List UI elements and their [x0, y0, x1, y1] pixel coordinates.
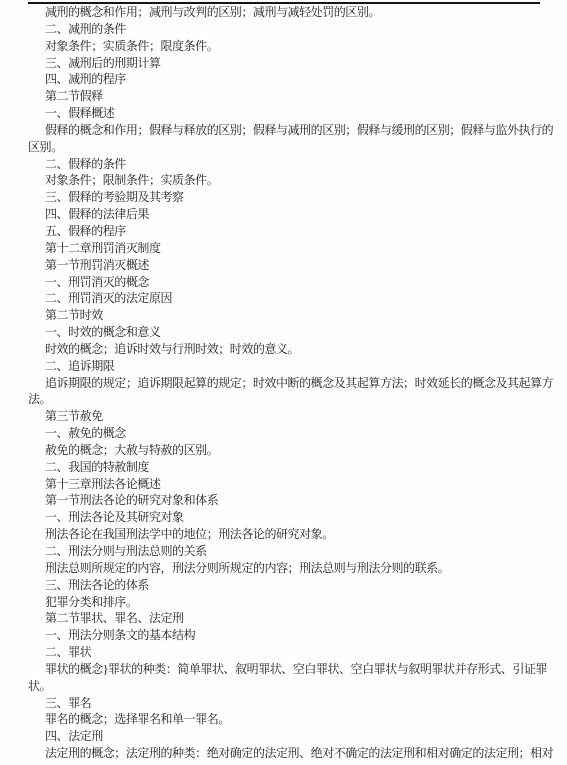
text-line: 二、减刑的条件	[28, 21, 558, 38]
text-line: 刑法总则所规定的内容，刑法分则所规定的内容；刑法总则与刑法分则的联系。	[28, 560, 558, 577]
text-line: 二、假释的条件	[28, 156, 558, 173]
text-line: 一、假释概述	[28, 105, 558, 122]
text-line: 一、时效的概念和意义	[28, 324, 558, 341]
text-line: 二、我国的特赦制度	[28, 459, 558, 476]
text-line: 一、赦免的概念	[28, 425, 558, 442]
text-line: 减刑的概念和作用；减刑与改判的区别；减刑与减轻处罚的区别。	[28, 4, 558, 21]
text-line: 假释的概念和作用；假释与释放的区别；假释与减刑的区别；假释与缓刑的区别；假释与监…	[28, 122, 558, 139]
text-line: 第三节赦免	[28, 408, 558, 425]
text-line: 第二节罪状、罪名、法定刑	[28, 610, 558, 627]
text-line: 一、刑罚消灭的概念	[28, 274, 558, 291]
text-line: 四、假释的法律后果	[28, 206, 558, 223]
text-line: 三、罪名	[28, 695, 558, 712]
text-line: 四、法定刑	[28, 728, 558, 745]
text-line: 五、假释的程序	[28, 223, 558, 240]
text-line: 法。	[28, 391, 558, 408]
text-line: 二、刑罚消灭的法定原因	[28, 290, 558, 307]
text-line: 法定刑的概念；法定刑的种类：绝对确定的法定刑、绝对不确定的法定刑和相对确定的法定…	[28, 745, 558, 762]
text-line: 第十二章刑罚消灭制度	[28, 240, 558, 257]
text-line: 赦免的概念；大赦与特赦的区别。	[28, 442, 558, 459]
text-line: 三、减刑后的刑期计算	[28, 55, 558, 72]
text-line: 罪状的概念}罪状的种类：简单罪状、叙明罪状、空白罪状、空白罪状与叙明罪状并存形式…	[28, 661, 558, 678]
text-line: 三、刑法各论的体系	[28, 577, 558, 594]
text-line: 三、假释的考验期及其考察	[28, 189, 558, 206]
text-line: 追诉期限的规定；追诉期限起算的规定；时效中断的概念及其起算方法；时效延长的概念及…	[28, 375, 558, 392]
text-line: 四、减刑的程序	[28, 71, 558, 88]
text-line: 区别。	[28, 139, 558, 156]
text-line: 罪名的概念；选择罪名和单一罪名。	[28, 711, 558, 728]
text-line: 第一节刑法各论的研究对象和体系	[28, 492, 558, 509]
text-line: 对象条件；限制条件；实质条件。	[28, 172, 558, 189]
text-line: 状。	[28, 678, 558, 695]
text-line: 第一节刑罚消灭概述	[28, 257, 558, 274]
text-line: 第十三章刑法各论概述	[28, 476, 558, 493]
text-line: 二、追诉期限	[28, 358, 558, 375]
text-line: 二、罪状	[28, 644, 558, 661]
text-line: 刑法各论在我国刑法学中的地位；刑法各论的研究对象。	[28, 526, 558, 543]
text-line: 二、刑法分则与刑法总则的关系	[28, 543, 558, 560]
document-page: 减刑的概念和作用；减刑与改判的区别；减刑与减轻处罚的区别。二、减刑的条件对象条件…	[0, 0, 567, 765]
text-line: 第二节假释	[28, 88, 558, 105]
text-line: 对象条件；实质条件；限度条件。	[28, 38, 558, 55]
text-line: 第二节时效	[28, 307, 558, 324]
text-line: 一、刑法分则条文的基本结构	[28, 627, 558, 644]
text-line: 犯罪分类和排序。	[28, 594, 558, 611]
text-line: 时效的概念；追诉时效与行刑时效；时效的意义。	[28, 341, 558, 358]
document-text-block: 减刑的概念和作用；减刑与改判的区别；减刑与减轻处罚的区别。二、减刑的条件对象条件…	[28, 4, 558, 762]
text-line: 一、刑法各论及其研究对象	[28, 509, 558, 526]
